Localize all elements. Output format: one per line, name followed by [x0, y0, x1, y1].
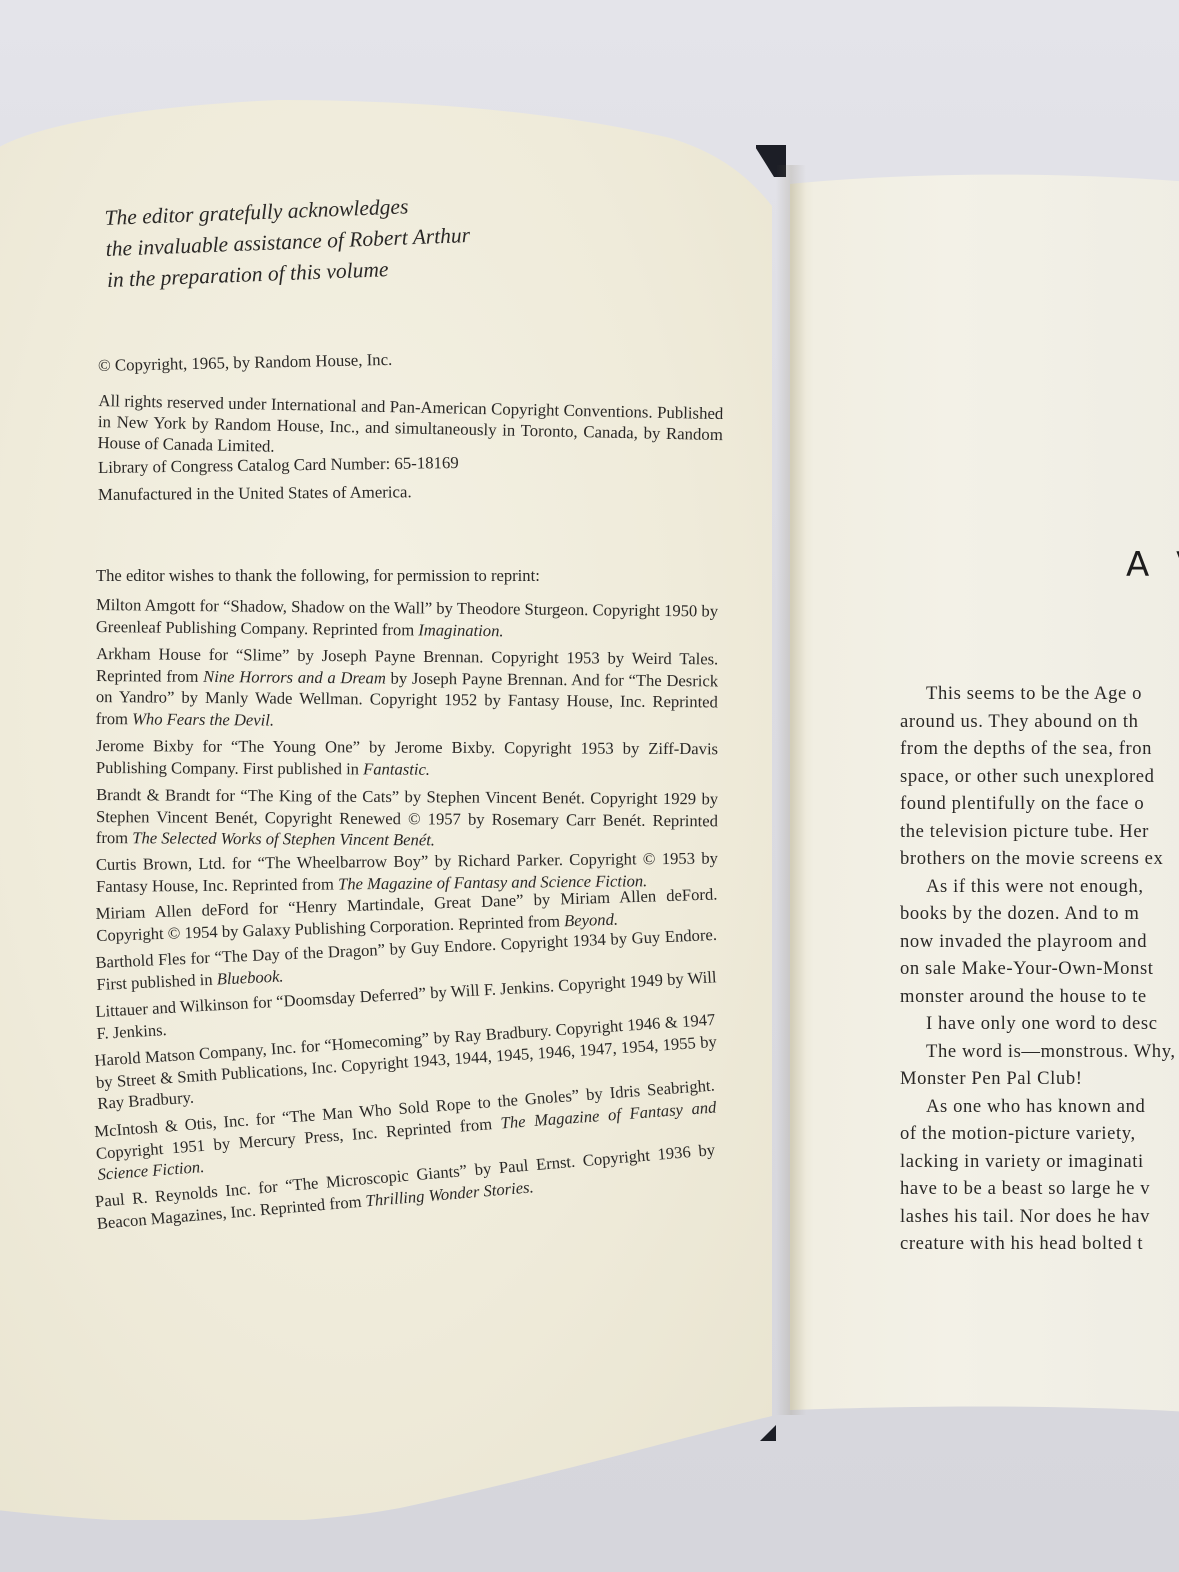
introduction-body: This seems to be the Age o around us. Th…	[900, 680, 1179, 1258]
permission-entry: Brandt & Brandt for “The King of the Cat…	[96, 784, 718, 853]
body-line: This seems to be the Age o	[900, 680, 1179, 708]
entry-text: Milton Amgott for “Shadow, Shadow on the…	[96, 595, 718, 639]
entry-source: Nine Horrors and a Dream	[203, 666, 386, 687]
body-line: brothers on the movie screens ex	[900, 845, 1179, 873]
body-line: the television picture tube. Her	[900, 818, 1179, 846]
permissions-list: The editor wishes to thank the following…	[96, 565, 718, 1240]
entry-source: Fantastic.	[363, 758, 430, 777]
body-line: I have only one word to desc	[900, 1010, 1179, 1038]
right-page-clip: A V This seems to be the Age o around us…	[790, 172, 1179, 1412]
body-line: around us. They abound on th	[900, 708, 1179, 736]
body-line: As one who has known and	[900, 1093, 1179, 1121]
permission-entry: Arkham House for “Slime” by Joseph Payne…	[96, 643, 719, 734]
body-line: from the depths of the sea, fron	[900, 735, 1179, 763]
body-line: now invaded the playroom and	[900, 928, 1179, 956]
permission-entry: Milton Amgott for “Shadow, Shadow on the…	[96, 594, 718, 644]
body-line: on sale Make-Your-Own-Monst	[900, 955, 1179, 983]
entry-source: The Selected Works of Stephen Vincent Be…	[132, 828, 435, 849]
body-line: Monster Pen Pal Club!	[900, 1065, 1179, 1093]
body-line: creature with his head bolted t	[900, 1230, 1179, 1258]
entry-source: Beyond.	[564, 909, 618, 930]
body-line: monster around the house to te	[900, 983, 1179, 1011]
copyright-block: © Copyright, 1965, by Random House, Inc.…	[98, 355, 723, 512]
body-line: The word is—monstrous. Why,	[900, 1038, 1179, 1066]
permission-entry: Jerome Bixby for “The Young One” by Jero…	[96, 735, 718, 781]
body-line: lacking in variety or imaginati	[900, 1148, 1179, 1176]
entry-source: Bluebook.	[216, 966, 284, 988]
manufactured-statement: Manufactured in the United States of Ame…	[98, 479, 723, 505]
entry-source: Who Fears the Devil.	[132, 708, 274, 728]
entry-source: Imagination.	[418, 619, 503, 639]
permissions-intro: The editor wishes to thank the following…	[96, 565, 718, 587]
body-line: lashes his tail. Nor does he hav	[900, 1203, 1179, 1231]
body-line: have to be a beast so large he v	[900, 1175, 1179, 1203]
acknowledgment: The editor gratefully acknowledges the i…	[104, 183, 627, 296]
body-line: As if this were not enough,	[900, 873, 1179, 901]
chapter-heading: A V	[1126, 545, 1179, 585]
body-line: found plentifully on the face o	[900, 790, 1179, 818]
body-line: books by the dozen. And to m	[900, 900, 1179, 928]
body-line: of the motion-picture variety,	[900, 1120, 1179, 1148]
body-line: space, or other such unexplored	[900, 763, 1179, 791]
